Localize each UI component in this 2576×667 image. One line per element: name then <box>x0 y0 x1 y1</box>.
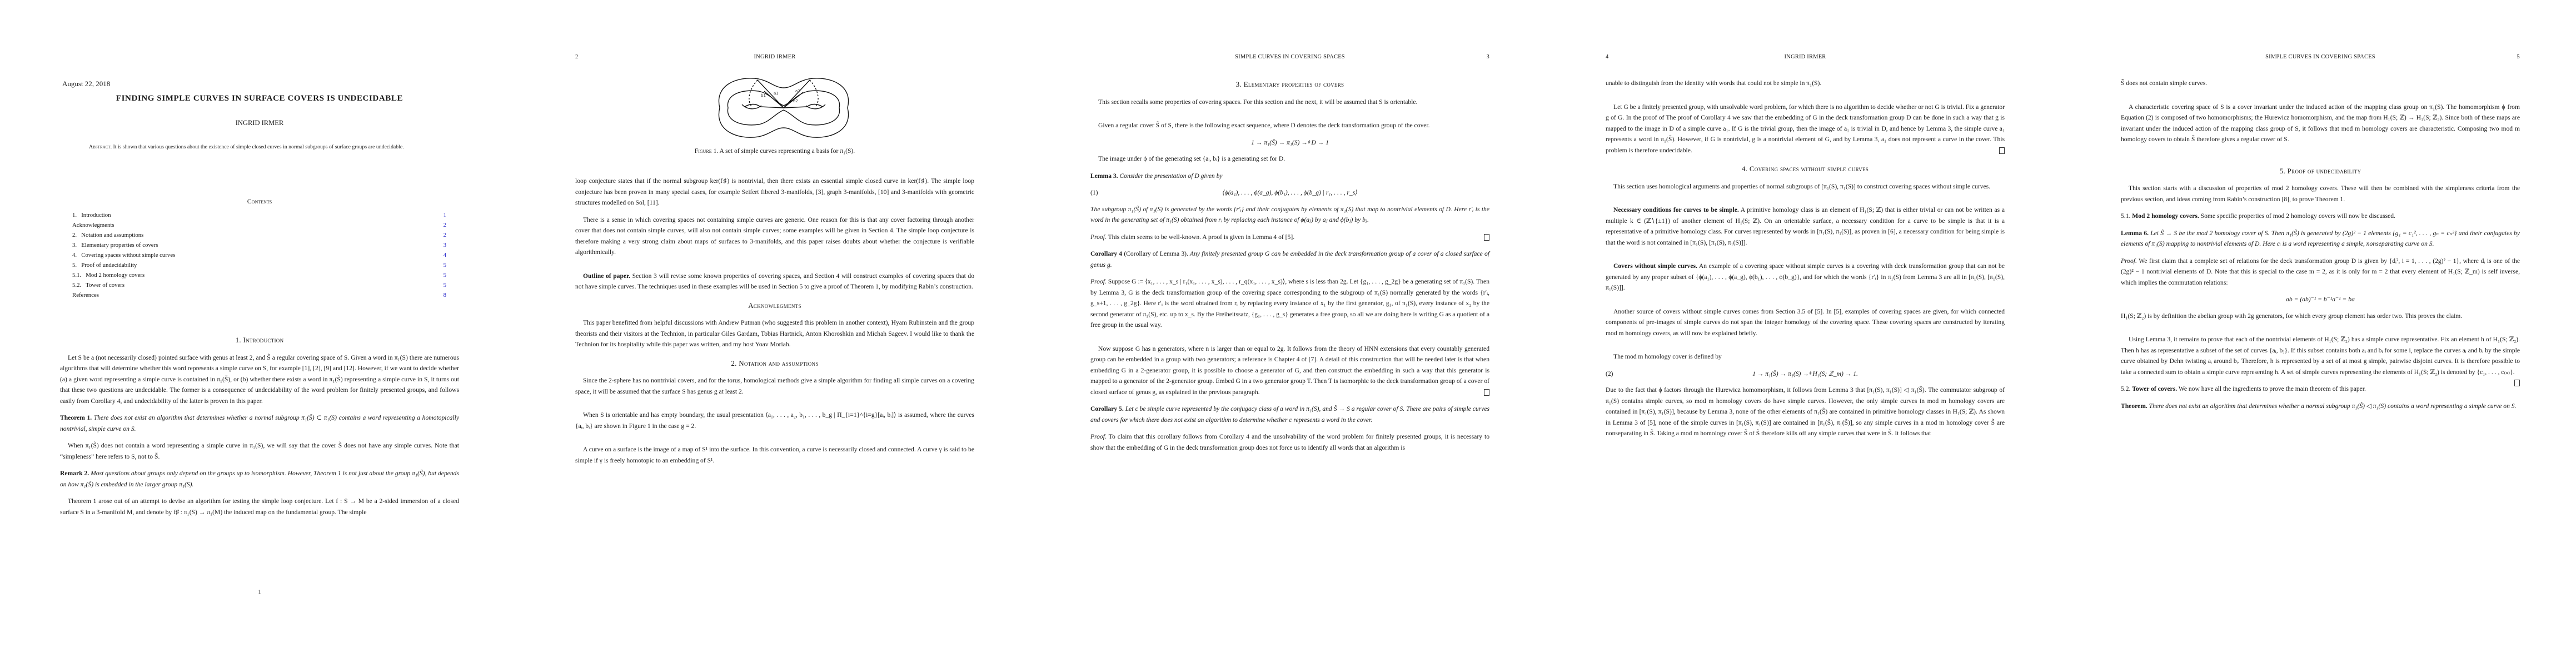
toc-page-link[interactable]: 4 <box>444 250 446 260</box>
toc-item[interactable]: Acknowlegments2 <box>72 220 456 230</box>
page-5: SIMPLE CURVES IN COVERING SPACES 5 S̃̃ d… <box>2061 0 2576 667</box>
paragraph: This section recalls some properties of … <box>1090 97 1489 108</box>
contents-heading: Contents <box>60 197 459 206</box>
header-title: SIMPLE CURVES IN COVERING SPACES <box>2121 54 2520 60</box>
header-title: SIMPLE CURVES IN COVERING SPACES <box>1090 54 1489 60</box>
paragraph: The image under ϕ of the generating set … <box>1090 153 1489 165</box>
paragraph: Since the 2-sphere has no nontrivial cov… <box>575 375 974 397</box>
exact-sequence: 1 → π₁(S̃) → π₁(S) →ᶲ D → 1 <box>1090 137 1489 148</box>
paragraph: Covers without simple curves. An example… <box>1606 261 2005 293</box>
toc-label: References <box>72 292 99 298</box>
subsection-number: 5.2. <box>2121 385 2130 392</box>
remark-text: Most questions about groups only depend … <box>60 470 459 488</box>
section-heading-proof: 5. Proof of undecidability <box>2121 166 2520 177</box>
toc-page-link[interactable]: 5 <box>444 270 446 280</box>
toc-item[interactable]: References8 <box>72 290 456 300</box>
paragraph-label: Covers without simple curves. <box>1613 262 1697 270</box>
subsection-number: 5.1. <box>2121 212 2130 220</box>
lemma-text: Consider the presentation of D given by <box>1118 172 1223 180</box>
subsection-text: Some specific properties of mod 2 homolo… <box>2199 212 2395 220</box>
lemma-text: Let S̃ → S be the mod 2 homology cover o… <box>2121 230 2520 248</box>
toc-page-link[interactable]: 2 <box>444 230 446 240</box>
paragraph: A characteristic covering space of S is … <box>2121 102 2520 145</box>
paragraph-text: Now suppose G has n generators, where n … <box>1090 345 1489 396</box>
equation-1: (1)⟨ϕ(a₁), . . . , ϕ(a_g), ϕ(b₁), . . . … <box>1090 187 1489 198</box>
lemma-label: Lemma 6. <box>2121 230 2149 237</box>
section-heading-covering-spaces: 4. Covering spaces without simple curves <box>1606 163 2005 175</box>
figure-caption-label: Figure 1. <box>695 147 718 155</box>
section-heading-acknowledgments: Acknowlegments <box>575 300 974 311</box>
toc-page-link[interactable]: 8 <box>444 290 446 300</box>
remark-label: Remark 2. <box>60 470 89 477</box>
lemma-label: Lemma 3. <box>1090 172 1118 180</box>
paragraph: When π₁(S̃) does not contain a word repr… <box>60 440 459 462</box>
toc-page-link[interactable]: 1 <box>444 210 446 220</box>
toc-label: 5.2. Tower of covers <box>72 282 124 288</box>
qed-icon <box>1999 147 2005 154</box>
corollary-5: Corollary 5. Let c be simple curve repre… <box>1090 404 1489 425</box>
figure-caption: Figure 1. A set of simple curves represe… <box>575 147 974 155</box>
toc-item[interactable]: 3. Elementary properties of covers3 <box>72 240 456 250</box>
paragraph: A curve on a surface is the image of a m… <box>575 444 974 466</box>
curve-label-b2: b2 <box>793 99 798 103</box>
corollary-text: Let c be simple curve represented by the… <box>1090 405 1489 424</box>
page-4: 4 INGRID IRMER unable to distinguish fro… <box>1546 0 2061 667</box>
abstract-label: Abstract. <box>89 144 112 150</box>
paragraph: When S is orientable and has empty bound… <box>575 410 974 431</box>
toc-label: 4. Covering spaces without simple curves <box>72 252 175 258</box>
page-2: 2 INGRID IRMER b1 a1 a2 b2 <box>515 0 1030 667</box>
header-page-number: 3 <box>1487 54 1489 60</box>
paper-date: August 22, 2018 <box>62 79 110 88</box>
page-4-body: unable to distinguish from the identity … <box>1606 78 2005 445</box>
abstract-text: It is shown that various questions about… <box>112 144 404 150</box>
toc-item[interactable]: 4. Covering spaces without simple curves… <box>72 250 456 260</box>
paragraph: Another source of covers without simple … <box>1606 306 2005 339</box>
table-of-contents: 1. Introduction1 Acknowlegments2 2. Nota… <box>72 210 456 300</box>
paragraph: Theorem 1 arose out of an attempt to dev… <box>60 496 459 517</box>
subsection-label: Tower of covers. <box>2132 385 2177 392</box>
outline-paragraph: Outline of paper. Section 3 will revise … <box>575 271 974 292</box>
proof-label: Proof. <box>1090 433 1107 440</box>
toc-item[interactable]: 5.1. Mod 2 homology covers5 <box>72 270 456 280</box>
outline-text: Section 3 will revise some known propert… <box>575 272 974 291</box>
subsection-label: Mod 2 homology covers. <box>2132 212 2199 220</box>
lemma-3: Lemma 3. Consider the presentation of D … <box>1090 171 1489 182</box>
corollary-label: Corollary 4 <box>1090 250 1122 257</box>
curve-label-a2: a2 <box>795 89 800 93</box>
page-number: 1 <box>60 589 459 595</box>
equation-body: 1 → π₁(S̃) → π₁(S) →ᶲ H₁(S; ℤ_m) → 1. <box>1752 370 1858 377</box>
paragraph-text: Let G be a finitely presented group, wit… <box>1606 103 2005 154</box>
paragraph: Now suppose G has n generators, where n … <box>1090 344 1489 398</box>
corollary-paren: (Corollary of Lemma 3). <box>1122 250 1188 257</box>
equation-2: (2)1 → π₁(S̃) → π₁(S) →ᶲ H₁(S; ℤ_m) → 1. <box>1606 369 2005 380</box>
page-1-body: 1. Introduction Let S be a (not necessar… <box>60 327 459 524</box>
equation-number: (2) <box>1606 369 1613 380</box>
paragraph: This section uses homological arguments … <box>1606 181 2005 192</box>
page-2-body: loop conjecture states that if the norma… <box>575 176 974 472</box>
proof: Proof. To claim that this corollary foll… <box>1090 431 1489 453</box>
commutation-equation: ab = (ab)⁻¹ = b⁻¹a⁻¹ = ba <box>2121 294 2520 305</box>
curve-label-b1: b1 <box>761 93 766 98</box>
subsection-text: We now have all the ingredients to prove… <box>2177 385 2366 392</box>
proof: Proof. We first claim that a complete se… <box>2121 256 2520 288</box>
figure-caption-text: A set of simple curves representing a ba… <box>718 147 855 155</box>
proof-label: Proof. <box>1090 278 1107 285</box>
theorem-1: Theorem 1. There does not exist an algor… <box>60 412 459 434</box>
qed-icon <box>1484 389 1489 396</box>
subsection-5-2: 5.2. Tower of covers. We now have all th… <box>2121 384 2520 395</box>
page-3: SIMPLE CURVES IN COVERING SPACES 3 3. El… <box>1030 0 1546 667</box>
toc-label: 2. Notation and assumptions <box>72 232 143 238</box>
qed-icon <box>1484 234 1489 241</box>
remark-2: Remark 2. Most questions about groups on… <box>60 468 459 490</box>
paragraph: This section starts with a discussion of… <box>2121 183 2520 205</box>
paragraph: Necessary conditions for curves to be si… <box>1606 205 2005 248</box>
proof: Proof. Suppose G := ⟨x₁, . . . , x_s | r… <box>1090 276 1489 331</box>
lemma-3-continued: The subgroup π₁(S̃) of π₁(S) is generate… <box>1090 204 1489 226</box>
corollary-4: Corollary 4 (Corollary of Lemma 3). Any … <box>1090 248 1489 270</box>
toc-label: 3. Elementary properties of covers <box>72 242 158 248</box>
header-title: INGRID IRMER <box>1606 54 2005 60</box>
proof-label: Proof. <box>1090 233 1107 241</box>
equation-number: (1) <box>1090 187 1098 198</box>
toc-item[interactable]: 1. Introduction1 <box>72 210 456 220</box>
paper-title: FINDING SIMPLE CURVES IN SURFACE COVERS … <box>60 94 459 103</box>
toc-item[interactable]: 5. Proof of undecidability5 <box>72 260 456 270</box>
lemma-6: Lemma 6. Let S̃ → S be the mod 2 homolog… <box>2121 228 2520 250</box>
genus-two-surface-figure: b1 a1 a2 b2 <box>575 74 974 141</box>
paragraph: There is a sense in which covering space… <box>575 215 974 258</box>
header-page-number: 5 <box>2517 54 2520 60</box>
proof-text: To claim that this corollary follows fro… <box>1090 433 1489 451</box>
toc-label: 1. Introduction <box>72 212 111 218</box>
main-theorem: Theorem. There does not exist an algorit… <box>2121 401 2520 412</box>
toc-label: Acknowlegments <box>72 222 114 228</box>
paragraph: Given a regular cover S̃ of S, there is … <box>1090 120 1489 131</box>
paragraph-text: Using Lemma 3, it remains to prove that … <box>2121 336 2520 376</box>
page-5-body: S̃̃ does not contain simple curves. A ch… <box>2121 78 2520 417</box>
subsection-5-1: 5.1. Mod 2 homology covers. Some specifi… <box>2121 211 2520 222</box>
abstract: Abstract. It is shown that various quest… <box>89 143 422 152</box>
paragraph: H₁(S; ℤ₂) is by definition the abelian g… <box>2121 311 2520 322</box>
paragraph-label: Necessary conditions for curves to be si… <box>1613 206 1739 213</box>
toc-item[interactable]: 2. Notation and assumptions2 <box>72 230 456 240</box>
outline-label: Outline of paper. <box>583 272 630 280</box>
proof-text: This claim seems to be well-known. A pro… <box>1107 233 1294 241</box>
toc-label: 5.1. Mod 2 homology covers <box>72 272 145 278</box>
figure-1: b1 a1 a2 b2 Figure 1. A set of simple cu… <box>575 74 974 155</box>
curve-label-a1: a1 <box>774 91 779 96</box>
theorem-text: There does not exist an algorithm that d… <box>2148 402 2517 410</box>
theorem-text: There does not exist an algorithm that d… <box>60 414 459 432</box>
paragraph: The mod m homology cover is defined by <box>1606 351 2005 362</box>
toc-page-link[interactable]: 3 <box>444 240 446 250</box>
paragraph: Let G be a finitely presented group, wit… <box>1606 102 2005 156</box>
paragraph: Due to the fact that ϕ factors through t… <box>1606 385 2005 439</box>
paragraph: Let S be a (not necessarily closed) poin… <box>60 352 459 407</box>
toc-page-link[interactable]: 2 <box>444 220 446 230</box>
section-heading-elementary: 3. Elementary properties of covers <box>1090 79 1489 90</box>
toc-page-link[interactable]: 5 <box>444 260 446 270</box>
paragraph: loop conjecture states that if the norma… <box>575 176 974 208</box>
header-title: INGRID IRMER <box>575 54 974 60</box>
theorem-label: Theorem. <box>2121 402 2148 410</box>
equation-body: ⟨ϕ(a₁), . . . , ϕ(a_g), ϕ(b₁), . . . , ϕ… <box>1222 189 1357 196</box>
page-3-body: 3. Elementary properties of covers This … <box>1090 71 1489 459</box>
paragraph: unable to distinguish from the identity … <box>1606 78 2005 89</box>
proof-text: We first claim that a complete set of re… <box>2121 257 2520 286</box>
toc-item[interactable]: 5.2. Tower of covers5 <box>72 280 456 290</box>
proof-text: Suppose G := ⟨x₁, . . . , x_s | r₁(x₁, .… <box>1090 278 1489 328</box>
corollary-label: Corollary 5. <box>1090 405 1124 412</box>
toc-label: 5. Proof of undecidability <box>72 262 137 268</box>
theorem-label: Theorem 1. <box>60 414 92 421</box>
paper-author: INGRID IRMER <box>60 119 459 127</box>
page-1: August 22, 2018 FINDING SIMPLE CURVES IN… <box>0 0 515 667</box>
paragraph: Using Lemma 3, it remains to prove that … <box>2121 334 2520 377</box>
proof-label: Proof. <box>2121 257 2137 265</box>
paragraph: This paper benefitted from helpful discu… <box>575 317 974 350</box>
section-heading-introduction: 1. Introduction <box>60 335 459 346</box>
section-heading-notation: 2. Notation and assumptions <box>575 358 974 369</box>
proof: Proof. This claim seems to be well-known… <box>1090 232 1489 243</box>
paragraph: S̃̃ does not contain simple curves. <box>2121 78 2520 89</box>
toc-page-link[interactable]: 5 <box>444 280 446 290</box>
qed-icon <box>2514 380 2520 386</box>
